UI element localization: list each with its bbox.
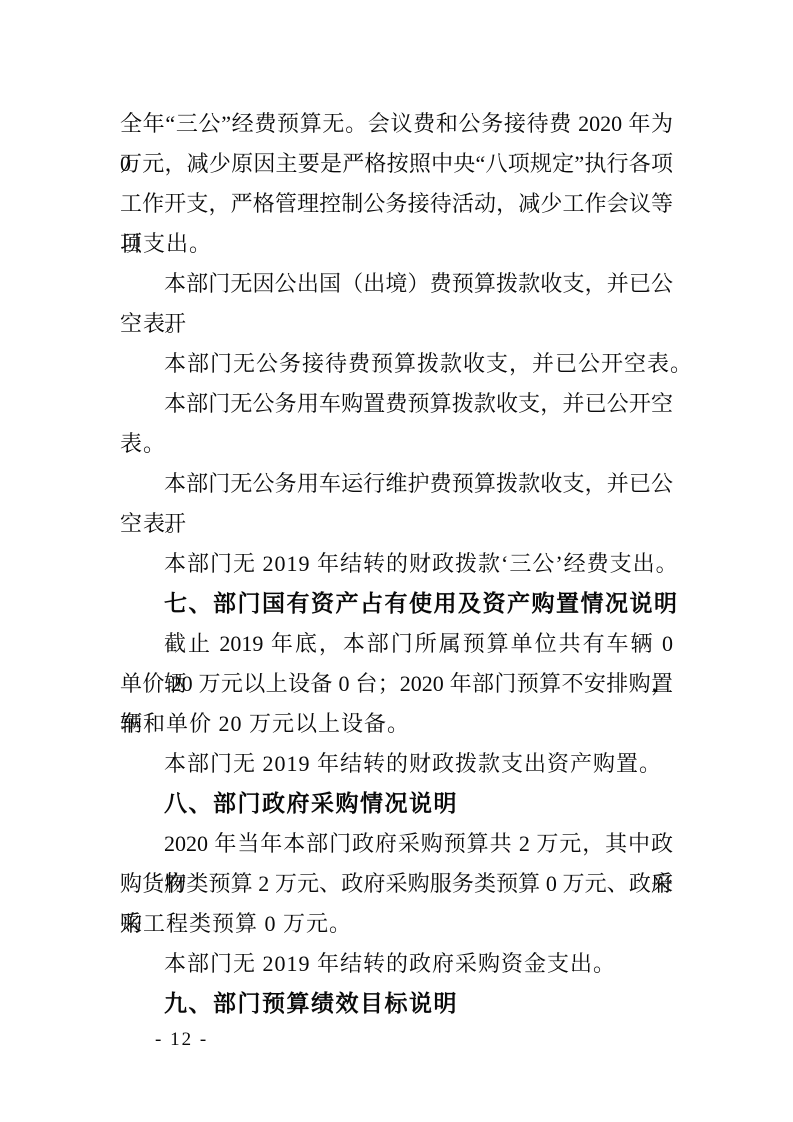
text-line: 本部门无公务接待费预算拨款收支，并已公开空表。 <box>120 344 673 384</box>
section-heading: 八、部门政府采购情况说明 <box>120 784 673 824</box>
document-page: 全年“三公”经费预算无。会议费和公务接待费 2020 年为 0万元，减少原因主要… <box>0 0 793 1122</box>
text-line: 本部门无公务用车运行维护费预算拨款收支，并已公开 <box>120 464 673 504</box>
text-line: 万元，减少原因主要是严格按照中央“八项规定”执行各项 <box>120 144 673 184</box>
text-line: 空表。 <box>120 504 673 544</box>
text-line: 工作开支，严格管理控制公务接待活动，减少工作会议等项 <box>120 184 673 224</box>
text-line: 本部门无公务用车购置费预算拨款收支，并已公开空 <box>120 384 673 424</box>
text-line: 购货物类预算 2 万元、政府采购服务类预算 0 万元、政府采 <box>120 864 673 904</box>
text-line: 辆和单价 20 万元以上设备。 <box>120 704 673 744</box>
section-heading: 九、部门预算绩效目标说明 <box>120 984 673 1024</box>
text-line: 本部门无 2019 年结转的政府采购资金支出。 <box>120 944 673 984</box>
section-heading: 七、部门国有资产占有使用及资产购置情况说明 <box>120 584 673 624</box>
page-number: - 12 - <box>155 1026 208 1054</box>
text-line: 单价 20 万元以上设备 0 台；2020 年部门预算不安排购置车 <box>120 664 673 704</box>
text-line: 截止 2019 年底，本部门所属预算单位共有车辆 0 辆， <box>120 624 673 664</box>
text-line: 空表。 <box>120 304 673 344</box>
text-line: 本部门无因公出国（出境）费预算拨款收支，并已公开 <box>120 264 673 304</box>
text-line: 本部门无 2019 年结转的财政拨款‘三公’经费支出。 <box>120 544 673 584</box>
document-body: 全年“三公”经费预算无。会议费和公务接待费 2020 年为 0万元，减少原因主要… <box>120 104 673 1024</box>
text-line: 全年“三公”经费预算无。会议费和公务接待费 2020 年为 0 <box>120 104 673 144</box>
text-line: 本部门无 2019 年结转的财政拨款支出资产购置。 <box>120 744 673 784</box>
text-line: 购工程类预算 0 万元。 <box>120 904 673 944</box>
text-line: 目支出。 <box>120 224 673 264</box>
text-line: 表。 <box>120 424 673 464</box>
text-line: 2020 年当年本部门政府采购预算共 2 万元，其中政府采 <box>120 824 673 864</box>
